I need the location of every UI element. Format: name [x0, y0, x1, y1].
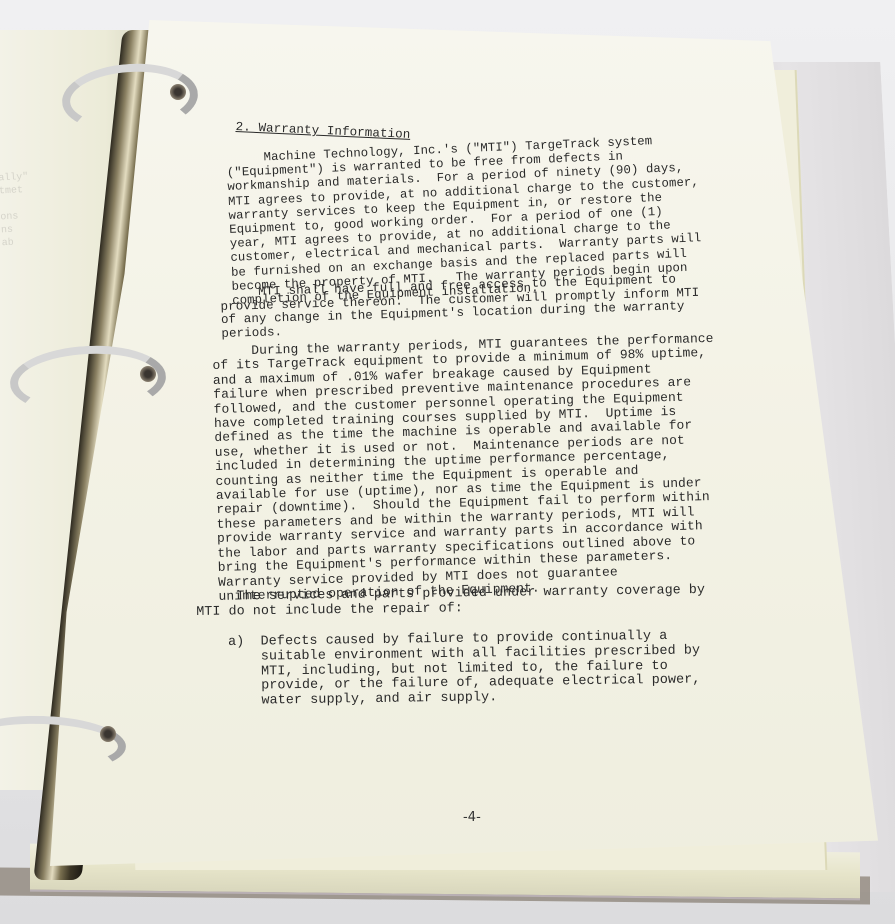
paragraph-exclusions-intro: The services and parts provided under wa…	[196, 583, 705, 619]
list-item-a: a) Defects caused by failure to provide …	[228, 629, 701, 710]
section-heading: 2. Warranty Information	[235, 120, 410, 143]
section-heading-text: 2. Warranty Information	[235, 120, 410, 142]
paragraph-uptime-guarantee: During the warranty periods, MTI guarant…	[212, 332, 720, 604]
typed-text-layer: 2. Warranty Information Machine Technolo…	[0, 0, 895, 924]
paragraph-access: MTI shall have full and free access to t…	[220, 273, 700, 342]
page-number: -4-	[463, 811, 481, 826]
